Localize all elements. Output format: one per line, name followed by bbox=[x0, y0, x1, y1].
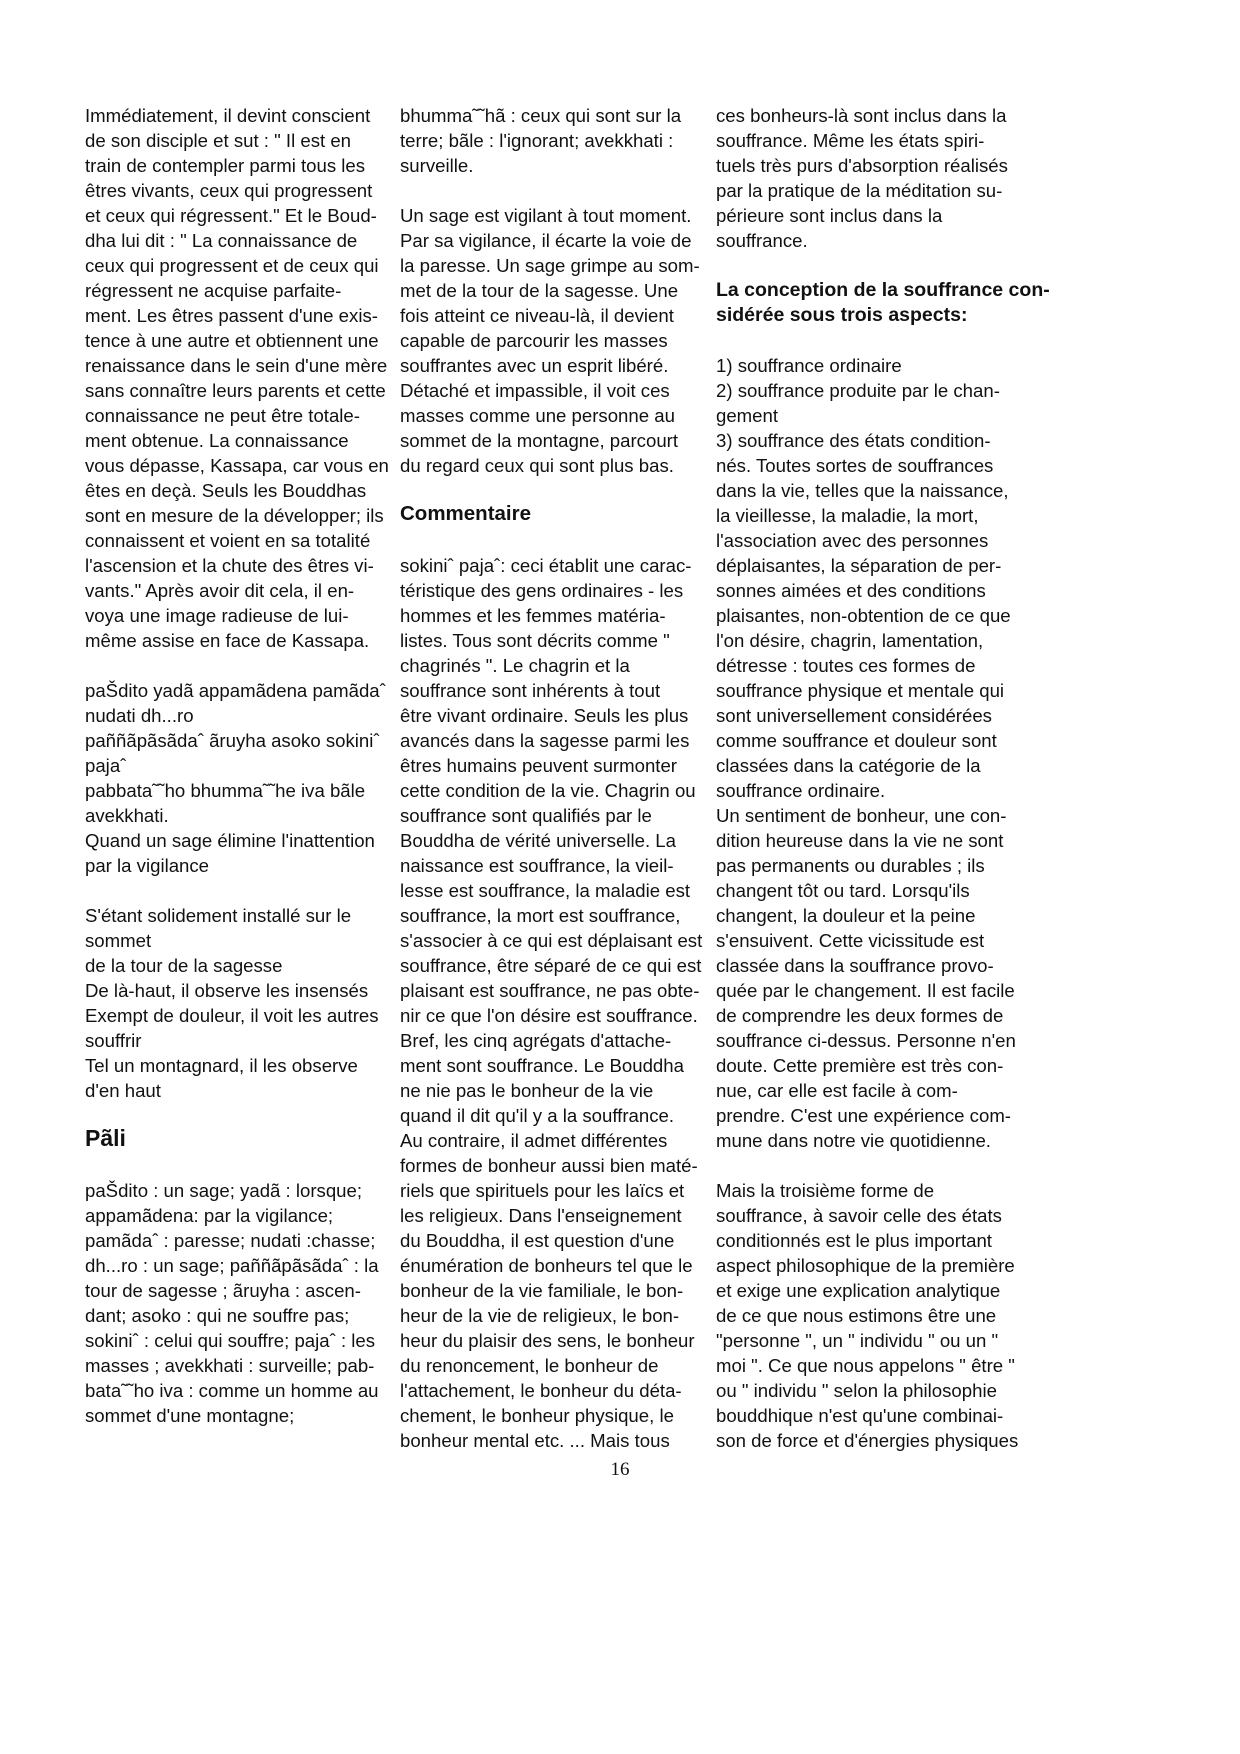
text-line: hommes et les femmes matéria- bbox=[400, 603, 705, 628]
text-line: met de la tour de la sagesse. Une bbox=[400, 278, 705, 303]
text-line: sokiniˆ pajaˆ: ceci établit une carac- bbox=[400, 553, 705, 578]
text-line: ment obtenue. La connaissance bbox=[85, 428, 390, 453]
text-line: chagrinés ". Le chagrin et la bbox=[400, 653, 705, 678]
text-line: bonheur mental etc. ... Mais tous bbox=[400, 1428, 705, 1453]
document-page: Immédiatement, il devint conscientde son… bbox=[0, 0, 1240, 1754]
text-line: et exige une explication analytique bbox=[716, 1278, 1026, 1303]
text-line: ne nie pas le bonheur de la vie bbox=[400, 1078, 705, 1103]
text-line: lesse est souffrance, la maladie est bbox=[400, 878, 705, 903]
text-line: souffrance ci-dessus. Personne n'en bbox=[716, 1028, 1026, 1053]
text-line: ment. Les êtres passent d'une exis- bbox=[85, 303, 390, 328]
text-line: train de contempler parmi tous les bbox=[85, 153, 390, 178]
text-line: avancés dans la sagesse parmi les bbox=[400, 728, 705, 753]
text-line: l'on désire, chagrin, lamentation, bbox=[716, 628, 1026, 653]
text-line: pabbata˜˜ho bhumma˜˜he iva bãle bbox=[85, 778, 390, 803]
text-line: sommet bbox=[85, 928, 390, 953]
text-line: même assise en face de Kassapa. bbox=[85, 628, 390, 653]
text-line: connaissent et voient en sa totalité bbox=[85, 528, 390, 553]
text-line: souffrance, être séparé de ce qui est bbox=[400, 953, 705, 978]
text-line: souffrance sont qualifiés par le bbox=[400, 803, 705, 828]
text-line: Immédiatement, il devint conscient bbox=[85, 103, 390, 128]
text-line: énumération de bonheurs tel que le bbox=[400, 1253, 705, 1278]
text-line: bata˜˜ho iva : comme un homme au bbox=[85, 1378, 390, 1403]
text-line: doute. Cette première est très con- bbox=[716, 1053, 1026, 1078]
text-line: masses comme une personne au bbox=[400, 403, 705, 428]
text-line: vous dépasse, Kassapa, car vous en bbox=[85, 453, 390, 478]
text-line: listes. Tous sont décrits comme " bbox=[400, 628, 705, 653]
verse-translation-1: Quand un sage élimine l'inattentionpar l… bbox=[85, 828, 390, 878]
text-line: de la tour de la sagesse bbox=[85, 953, 390, 978]
glossary-continued: bhumma˜˜hã : ceux qui sont sur laterre; … bbox=[400, 103, 705, 178]
text-line: périeure sont inclus dans la bbox=[716, 203, 1026, 228]
text-line: d'en haut bbox=[85, 1078, 390, 1103]
text-line: classées dans la catégorie de la bbox=[716, 753, 1026, 778]
heading-commentaire: Commentaire bbox=[400, 500, 705, 528]
text-line: paññãpãsãdaˆ ãruyha asoko sokiniˆ bbox=[85, 728, 390, 753]
text-line: sont en mesure de la développer; ils bbox=[85, 503, 390, 528]
text-line: cette condition de la vie. Chagrin ou bbox=[400, 778, 705, 803]
text-line: formes de bonheur aussi bien maté- bbox=[400, 1153, 705, 1178]
text-line: voya une image radieuse de lui- bbox=[85, 603, 390, 628]
text-line: ces bonheurs-là sont inclus dans la bbox=[716, 103, 1026, 128]
text-line: tour de sagesse ; ãruyha : ascen- bbox=[85, 1278, 390, 1303]
text-line: tence à une autre et obtiennent une bbox=[85, 328, 390, 353]
text-line: Mais la troisième forme de bbox=[716, 1178, 1026, 1203]
text-line: prendre. C'est une expérience com- bbox=[716, 1103, 1026, 1128]
text-line: conditionnés est le plus important bbox=[716, 1228, 1026, 1253]
text-line: heur du plaisir des sens, le bonheur bbox=[400, 1328, 705, 1353]
verse-translation-2: S'étant solidement installé sur lesommet… bbox=[85, 903, 390, 1103]
text-line: s'ensuivent. Cette vicissitude est bbox=[716, 928, 1026, 953]
text-line: Par sa vigilance, il écarte la voie de bbox=[400, 228, 705, 253]
text-line: comme souffrance et douleur sont bbox=[716, 728, 1026, 753]
text-line: sommet de la montagne, parcourt bbox=[400, 428, 705, 453]
text-line: nés. Toutes sortes de souffrances bbox=[716, 453, 1026, 478]
text-line: plaisant est souffrance, ne pas obte- bbox=[400, 978, 705, 1003]
text-line: pas permanents ou durables ; ils bbox=[716, 853, 1026, 878]
column-middle: bhumma˜˜hã : ceux qui sont sur laterre; … bbox=[400, 103, 705, 1453]
text-line: souffrantes avec un esprit libéré. bbox=[400, 353, 705, 378]
list-three-aspects: 1) souffrance ordinaire2) souffrance pro… bbox=[716, 353, 1026, 1153]
text-line: souffrance physique et mentale qui bbox=[716, 678, 1026, 703]
text-line: pamãdaˆ : paresse; nudati :chasse; bbox=[85, 1228, 390, 1253]
text-line: appamãdena: par la vigilance; bbox=[85, 1203, 390, 1228]
text-line: classée dans la souffrance provo- bbox=[716, 953, 1026, 978]
text-line: êtes en deçà. Seuls les Bouddhas bbox=[85, 478, 390, 503]
text-line: Exempt de douleur, il voit les autres bbox=[85, 1003, 390, 1028]
text-line: sidérée sous trois aspects: bbox=[716, 303, 1026, 328]
text-line: Bref, les cinq agrégats d'attache- bbox=[400, 1028, 705, 1053]
text-line: bouddhique n'est qu'une combinai- bbox=[716, 1403, 1026, 1428]
text-line: La conception de la souffrance con- bbox=[716, 278, 1026, 303]
text-line: ment sont souffrance. Le Bouddha bbox=[400, 1053, 705, 1078]
text-line: renaissance dans le sein d'une mère bbox=[85, 353, 390, 378]
column-right: ces bonheurs-là sont inclus dans lasouff… bbox=[716, 103, 1026, 1453]
text-line: sokiniˆ : celui qui souffre; pajaˆ : les bbox=[85, 1328, 390, 1353]
text-line: aspect philosophique de la première bbox=[716, 1253, 1026, 1278]
text-line: l'attachement, le bonheur du déta- bbox=[400, 1378, 705, 1403]
text-line: du regard ceux qui sont plus bas. bbox=[400, 453, 705, 478]
text-line: paŠdito : un sage; yadã : lorsque; bbox=[85, 1178, 390, 1203]
text-line: nue, car elle est facile à com- bbox=[716, 1078, 1026, 1103]
text-line: 3) souffrance des états condition- bbox=[716, 428, 1026, 453]
text-line: vants." Après avoir dit cela, il en- bbox=[85, 578, 390, 603]
text-line: moi ". Ce que nous appelons " être " bbox=[716, 1353, 1026, 1378]
text-line: quand il dit qu'il y a la souffrance. bbox=[400, 1103, 705, 1128]
text-line: S'étant solidement installé sur le bbox=[85, 903, 390, 928]
text-line: fois atteint ce niveau-là, il devient bbox=[400, 303, 705, 328]
text-line: êtres humains peuvent surmonter bbox=[400, 753, 705, 778]
text-line: dition heureuse dans la vie ne sont bbox=[716, 828, 1026, 853]
text-line: et ceux qui régressent." Et le Boud- bbox=[85, 203, 390, 228]
text-line: naissance est souffrance, la vieil- bbox=[400, 853, 705, 878]
text-line: dant; asoko : qui ne souffre pas; bbox=[85, 1303, 390, 1328]
text-line: souffrance ordinaire. bbox=[716, 778, 1026, 803]
text-line: souffrance, la mort est souffrance, bbox=[400, 903, 705, 928]
text-line: la paresse. Un sage grimpe au som- bbox=[400, 253, 705, 278]
text-line: s'associer à ce qui est déplaisant est bbox=[400, 928, 705, 953]
paragraph-commentaire: sokiniˆ pajaˆ: ceci établit une carac-té… bbox=[400, 553, 705, 1453]
text-line: nir ce que l'on désire est souffrance. bbox=[400, 1003, 705, 1028]
text-line: souffrance, à savoir celle des états bbox=[716, 1203, 1026, 1228]
paragraph-troisieme: Mais la troisième forme desouffrance, à … bbox=[716, 1178, 1026, 1453]
text-line: du renoncement, le bonheur de bbox=[400, 1353, 705, 1378]
text-line: gement bbox=[716, 403, 1026, 428]
text-line: Un sentiment de bonheur, une con- bbox=[716, 803, 1026, 828]
text-line: avekkhati. bbox=[85, 803, 390, 828]
text-line: ou " individu " selon la philosophie bbox=[716, 1378, 1026, 1403]
text-line: Tel un montagnard, il les observe bbox=[85, 1053, 390, 1078]
text-line: être vivant ordinaire. Seuls les plus bbox=[400, 703, 705, 728]
glossary: paŠdito : un sage; yadã : lorsque;appamã… bbox=[85, 1178, 390, 1428]
text-line: souffrance. Même les états spiri- bbox=[716, 128, 1026, 153]
text-line: mune dans notre vie quotidienne. bbox=[716, 1128, 1026, 1153]
text-line: plaisantes, non-obtention de ce que bbox=[716, 603, 1026, 628]
text-line: son de force et d'énergies physiques bbox=[716, 1428, 1026, 1453]
text-line: les religieux. Dans l'enseignement bbox=[400, 1203, 705, 1228]
text-line: téristique des gens ordinaires - les bbox=[400, 578, 705, 603]
text-line: souffrance. bbox=[716, 228, 1026, 253]
text-line: de son disciple et sut : " Il est en bbox=[85, 128, 390, 153]
text-line: par la vigilance bbox=[85, 853, 390, 878]
paragraph-intro: Immédiatement, il devint conscientde son… bbox=[85, 103, 390, 653]
text-line: riels que spirituels pour les laïcs et bbox=[400, 1178, 705, 1203]
text-line: "personne ", un " individu " ou un " bbox=[716, 1328, 1026, 1353]
text-line: Quand un sage élimine l'inattention bbox=[85, 828, 390, 853]
text-line: détresse : toutes ces formes de bbox=[716, 653, 1026, 678]
text-line: régressent ne acquise parfaite- bbox=[85, 278, 390, 303]
text-line: de ce que nous estimons être une bbox=[716, 1303, 1026, 1328]
text-line: dha lui dit : " La connaissance de bbox=[85, 228, 390, 253]
text-line: Bouddha de vérité universelle. La bbox=[400, 828, 705, 853]
text-line: sont universellement considérées bbox=[716, 703, 1026, 728]
text-line: Au contraire, il admet différentes bbox=[400, 1128, 705, 1153]
text-line: dans la vie, telles que la naissance, bbox=[716, 478, 1026, 503]
text-line: De là-haut, il observe les insensés bbox=[85, 978, 390, 1003]
page-number: 16 bbox=[0, 1459, 1240, 1481]
text-line: l'association avec des personnes bbox=[716, 528, 1026, 553]
heading-conception: La conception de la souffrance con-sidér… bbox=[716, 278, 1026, 328]
text-line: heur de la vie de religieux, le bon- bbox=[400, 1303, 705, 1328]
text-line: tuels très purs d'absorption réalisés bbox=[716, 153, 1026, 178]
text-line: masses ; avekkhati : surveille; pab- bbox=[85, 1353, 390, 1378]
text-line: l'ascension et la chute des êtres vi- bbox=[85, 553, 390, 578]
text-line: paŠdito yadã appamãdena pamãdaˆ bbox=[85, 678, 390, 703]
text-line: par la pratique de la méditation su- bbox=[716, 178, 1026, 203]
text-line: connaissance ne peut être totale- bbox=[85, 403, 390, 428]
text-line: terre; bãle : l'ignorant; avekkhati : bbox=[400, 128, 705, 153]
text-line: déplaisantes, la séparation de per- bbox=[716, 553, 1026, 578]
text-line: changent, la douleur et la peine bbox=[716, 903, 1026, 928]
text-line: 1) souffrance ordinaire bbox=[716, 353, 1026, 378]
text-line: ceux qui progressent et de ceux qui bbox=[85, 253, 390, 278]
text-line: êtres vivants, ceux qui progressent bbox=[85, 178, 390, 203]
text-line: Un sage est vigilant à tout moment. bbox=[400, 203, 705, 228]
text-line: souffrance sont inhérents à tout bbox=[400, 678, 705, 703]
text-line: bhumma˜˜hã : ceux qui sont sur la bbox=[400, 103, 705, 128]
text-line: du Bouddha, il est question d'une bbox=[400, 1228, 705, 1253]
pali-verse: paŠdito yadã appamãdena pamãdaˆnudati dh… bbox=[85, 678, 390, 828]
text-line: sans connaître leurs parents et cette bbox=[85, 378, 390, 403]
text-line: sommet d'une montagne; bbox=[85, 1403, 390, 1428]
column-left: Immédiatement, il devint conscientde son… bbox=[85, 103, 390, 1428]
text-line: de comprendre les deux formes de bbox=[716, 1003, 1026, 1028]
text-line: surveille. bbox=[400, 153, 705, 178]
text-line: sonnes aimées et des conditions bbox=[716, 578, 1026, 603]
text-line: Détaché et impassible, il voit ces bbox=[400, 378, 705, 403]
text-line: capable de parcourir les masses bbox=[400, 328, 705, 353]
text-line: quée par le changement. Il est facile bbox=[716, 978, 1026, 1003]
paragraph-continued: ces bonheurs-là sont inclus dans lasouff… bbox=[716, 103, 1026, 253]
text-line: la vieillesse, la maladie, la mort, bbox=[716, 503, 1026, 528]
text-line: chement, le bonheur physique, le bbox=[400, 1403, 705, 1428]
heading-pali: Pãli bbox=[85, 1123, 390, 1153]
text-line: bonheur de la vie familiale, le bon- bbox=[400, 1278, 705, 1303]
text-line: souffrir bbox=[85, 1028, 390, 1053]
text-line: dh...ro : un sage; paññãpãsãdaˆ : la bbox=[85, 1253, 390, 1278]
text-line: changent tôt ou tard. Lorsqu'ils bbox=[716, 878, 1026, 903]
text-line: nudati dh...ro bbox=[85, 703, 390, 728]
paragraph-sage: Un sage est vigilant à tout moment.Par s… bbox=[400, 203, 705, 478]
text-line: 2) souffrance produite par le chan- bbox=[716, 378, 1026, 403]
text-line: pajaˆ bbox=[85, 753, 390, 778]
